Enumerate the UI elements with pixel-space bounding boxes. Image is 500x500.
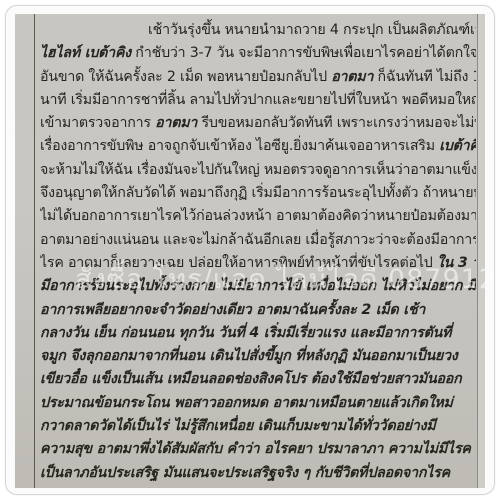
body-text: อาตมาอย่างแน่นอน และจะไม่กล้าฉันอีกเลย เ…: [40, 232, 476, 248]
emphasis-text: กลางวัน เย็น ก่อนนอน ทุกวัน วันที่ 4 เริ…: [40, 325, 451, 341]
body-text: จึงอนุญาตให้กลับวัดได้ พอมาถึงกุฏิ เริ่ม…: [40, 185, 476, 201]
document-photo: เช้าวันรุ่งขึ้น หนายนำมาถวาย 4 กระปุก เป…: [15, 14, 485, 488]
text-line: ไฮไลท์ เบต้าคิง กำชับว่า 3-7 วัน จะมีอาก…: [40, 42, 476, 65]
emphasis-text: กวาดลาดวัดได้เป็นไร่ ไม่รู้สึกเหนื่อย เด…: [40, 418, 436, 434]
text-line: เขียวอื๋อ แข็งเป็นเส้น เหมือนลอดช่องสิงค…: [40, 368, 476, 391]
text-line: อาการเพลียอยากจะจำวัดอย่างเดียว อาตมาฉัน…: [40, 299, 476, 322]
body-text: รีบขอหมอกลับวัดทันที เพราะเกรงว่าหมอจะไม…: [197, 115, 476, 131]
emphasis-text: เป็นลาภอันประเสริฐ มันแสนจะประเสริฐจริง …: [40, 465, 450, 481]
emphasis-text: จมูก จึงลุกออกมาจากที่นอน เดินไปสั่งขี้ม…: [40, 348, 458, 364]
page-margin-strip: [478, 14, 485, 488]
emphasis-text: ไฮไลท์ เบต้าคิง: [40, 45, 131, 61]
body-text: เรื่องอาการขับพิษ อาจถูกจับเข้าห้อง ไอซี…: [40, 138, 439, 154]
text-line: เรื่องอาการขับพิษ อาจถูกจับเข้าห้อง ไอซี…: [40, 135, 476, 158]
image-card: เช้าวันรุ่งขึ้น หนายนำมาถวาย 4 กระปุก เป…: [5, 5, 495, 495]
text-line: เข้ามาตรวจอาการ อาตมา รีบขอหมอกลับวัดทัน…: [40, 112, 476, 135]
body-text: จะห้ามไม่ให้ฉัน เรื่องมันจะไปกันใหญ่ หมอ…: [40, 162, 476, 178]
watermark: สั่งซื้อ โทร/แอด ไลน์ไอดี 0879124451: [75, 257, 495, 300]
text-line: ไม่ได้บอกอาการเยาไรคไว้ก่อนล่วงหน้า อาตม…: [40, 205, 476, 228]
body-text: เช้าวันรุ่งขึ้น หนายนำมาถวาย 4 กระปุก เป…: [148, 22, 476, 38]
body-text: ไม่ได้บอกอาการเยาไรคไว้ก่อนล่วงหน้า อาตม…: [40, 208, 476, 224]
emphasis-text: อาตมา: [155, 115, 197, 131]
body-text: อันขาด ให้ฉันครั้งละ 2 เม็ด พอหนายป๋อมกล…: [40, 69, 331, 85]
text-line: จะห้ามไม่ให้ฉัน เรื่องมันจะไปกันใหญ่ หมอ…: [40, 159, 476, 182]
text-line: นาที เริ่มมีอาการชาที่ลิ้น ลามไปทั่วปากแ…: [40, 89, 476, 112]
text-line: กลางวัน เย็น ก่อนนอน ทุกวัน วันที่ 4 เริ…: [40, 322, 476, 345]
emphasis-text: เขียวอื๋อ แข็งเป็นเส้น เหมือนลอดช่องสิงค…: [40, 371, 462, 387]
body-text: เข้ามาตรวจอาการ: [40, 115, 155, 131]
body-text: ก็ฉันทันที ไม่ถึง 10: [373, 69, 476, 85]
left-column-rule: [34, 14, 35, 488]
text-line: ความสุข อาตมาพึ่งได้สัมผัสกับ คำว่า อไรค…: [40, 438, 476, 461]
text-line: อาตมาอย่างแน่นอน และจะไม่กล้าฉันอีกเลย เ…: [40, 229, 476, 252]
text-line: เช้าวันรุ่งขึ้น หนายนำมาถวาย 4 กระปุก เป…: [40, 19, 476, 42]
text-line: กวาดลาดวัดได้เป็นไร่ ไม่รู้สึกเหนื่อย เด…: [40, 415, 476, 438]
body-text: กำชับว่า 3-7 วัน จะมีอาการขับพิษเพื่อเยา…: [131, 45, 476, 61]
text-line: เป็นลาภอันประเสริฐ มันแสนจะประเสริฐจริง …: [40, 462, 476, 485]
text-line: อันขาด ให้ฉันครั้งละ 2 เม็ด พอหนายป๋อมกล…: [40, 66, 476, 89]
text-line: จึงอนุญาตให้กลับวัดได้ พอมาถึงกุฏิ เริ่ม…: [40, 182, 476, 205]
emphasis-text: เบต้าคิง: [439, 138, 476, 154]
emphasis-text: อาตมา: [331, 69, 373, 85]
article-text: เช้าวันรุ่งขึ้น หนายนำมาถวาย 4 กระปุก เป…: [40, 19, 476, 485]
body-text: นาที เริ่มมีอาการชาที่ลิ้น ลามไปทั่วปากแ…: [40, 92, 476, 108]
text-line: จมูก จึงลุกออกมาจากที่นอน เดินไปสั่งขี้ม…: [40, 345, 476, 368]
text-line: ประมาณข้อนกระโถน พอสาวออกหมด อาตมาเหมือน…: [40, 392, 476, 415]
emphasis-text: อาการเพลียอยากจะจำวัดอย่างเดียว อาตมาฉัน…: [40, 302, 425, 318]
emphasis-text: ประมาณข้อนกระโถน พอสาวออกหมด อาตมาเหมือน…: [40, 395, 453, 411]
emphasis-text: ความสุข อาตมาพึ่งได้สัมผัสกับ คำว่า อไรค…: [40, 441, 471, 457]
